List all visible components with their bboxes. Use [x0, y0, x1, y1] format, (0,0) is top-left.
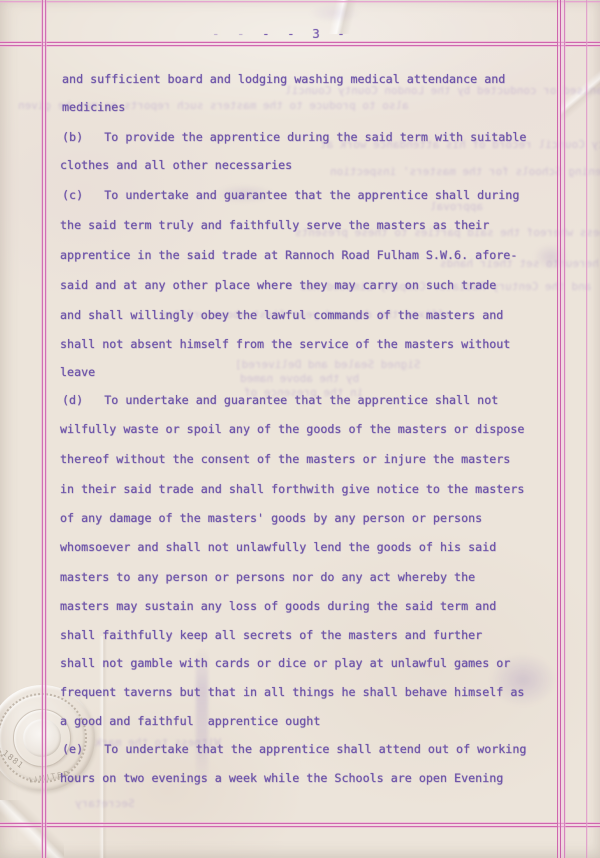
document-scan-page: 1881 LIMITED Classes Organised or conduc…: [0, 0, 600, 858]
text-line: thereof without the consent of the maste…: [60, 452, 510, 466]
bleed-through-line: Signed Sealed and Delivered]: [235, 358, 420, 371]
text-line: (c) To undertake and guarantee that the …: [62, 188, 519, 202]
text-line: the said term truly and faithfully serve…: [60, 218, 489, 232]
text-line: (b) To provide the apprentice during the…: [62, 130, 526, 144]
text-line: a good and faithful apprentice ought: [60, 714, 320, 728]
bleed-through-line: Secretary: [75, 797, 135, 810]
seal-center-ornament: [23, 719, 61, 757]
text-line: and shall willingly obey the lawful comm…: [60, 308, 503, 322]
ruled-line-top-double: [0, 41, 600, 47]
text-line: shall faithfully keep all secrets of the…: [60, 628, 482, 642]
page-number-label: - - 3 -: [250, 26, 350, 41]
ruled-line-right-outer: [586, 0, 588, 858]
text-line: said and at any other place where they m…: [60, 278, 496, 292]
text-line: (e) To undertake that the apprentice sha…: [62, 742, 526, 756]
paper-crease: [0, 800, 64, 858]
text-line: shall not gamble with cards or dice or p…: [60, 656, 510, 670]
ink-smudge: [300, 0, 370, 26]
page-number-faint-marks: - -: [212, 26, 250, 41]
text-line: shall not absent himself from the servic…: [60, 337, 510, 351]
ruled-line-top-edge: [0, 1, 600, 3]
text-line: wilfully waste or spoil any of the goods…: [60, 422, 524, 436]
text-line: of any damage of the masters' goods by a…: [60, 511, 482, 525]
text-line: and sufficient board and lodging washing…: [62, 72, 505, 86]
text-line: whomsoever and shall not unlawfully lend…: [60, 540, 496, 554]
text-line: masters may sustain any loss of goods du…: [60, 599, 496, 613]
bleed-through-line: at the said Evening Schools for the mast…: [330, 165, 600, 178]
text-line: frequent taverns but that in all things …: [60, 685, 524, 699]
text-line: (d) To undertake and guarantee that the …: [62, 393, 498, 407]
text-line: masters to any person or persons nor do …: [60, 570, 475, 584]
text-line: in their said trade and shall forthwith …: [60, 482, 524, 496]
page-number: - - - - 3 -: [212, 26, 350, 41]
bleed-through-line: by the above named: [240, 372, 359, 385]
text-line: leave: [60, 365, 95, 379]
text-line: hours on two evenings a week while the S…: [60, 771, 503, 785]
text-line: medicines: [62, 100, 125, 114]
text-line: clothes and all other necessaries: [60, 158, 292, 172]
ruled-line-right-margin: [557, 0, 568, 858]
ruled-line-bottom-double: [0, 822, 600, 828]
text-line: apprentice in the said trade at Rannoch …: [60, 248, 517, 262]
